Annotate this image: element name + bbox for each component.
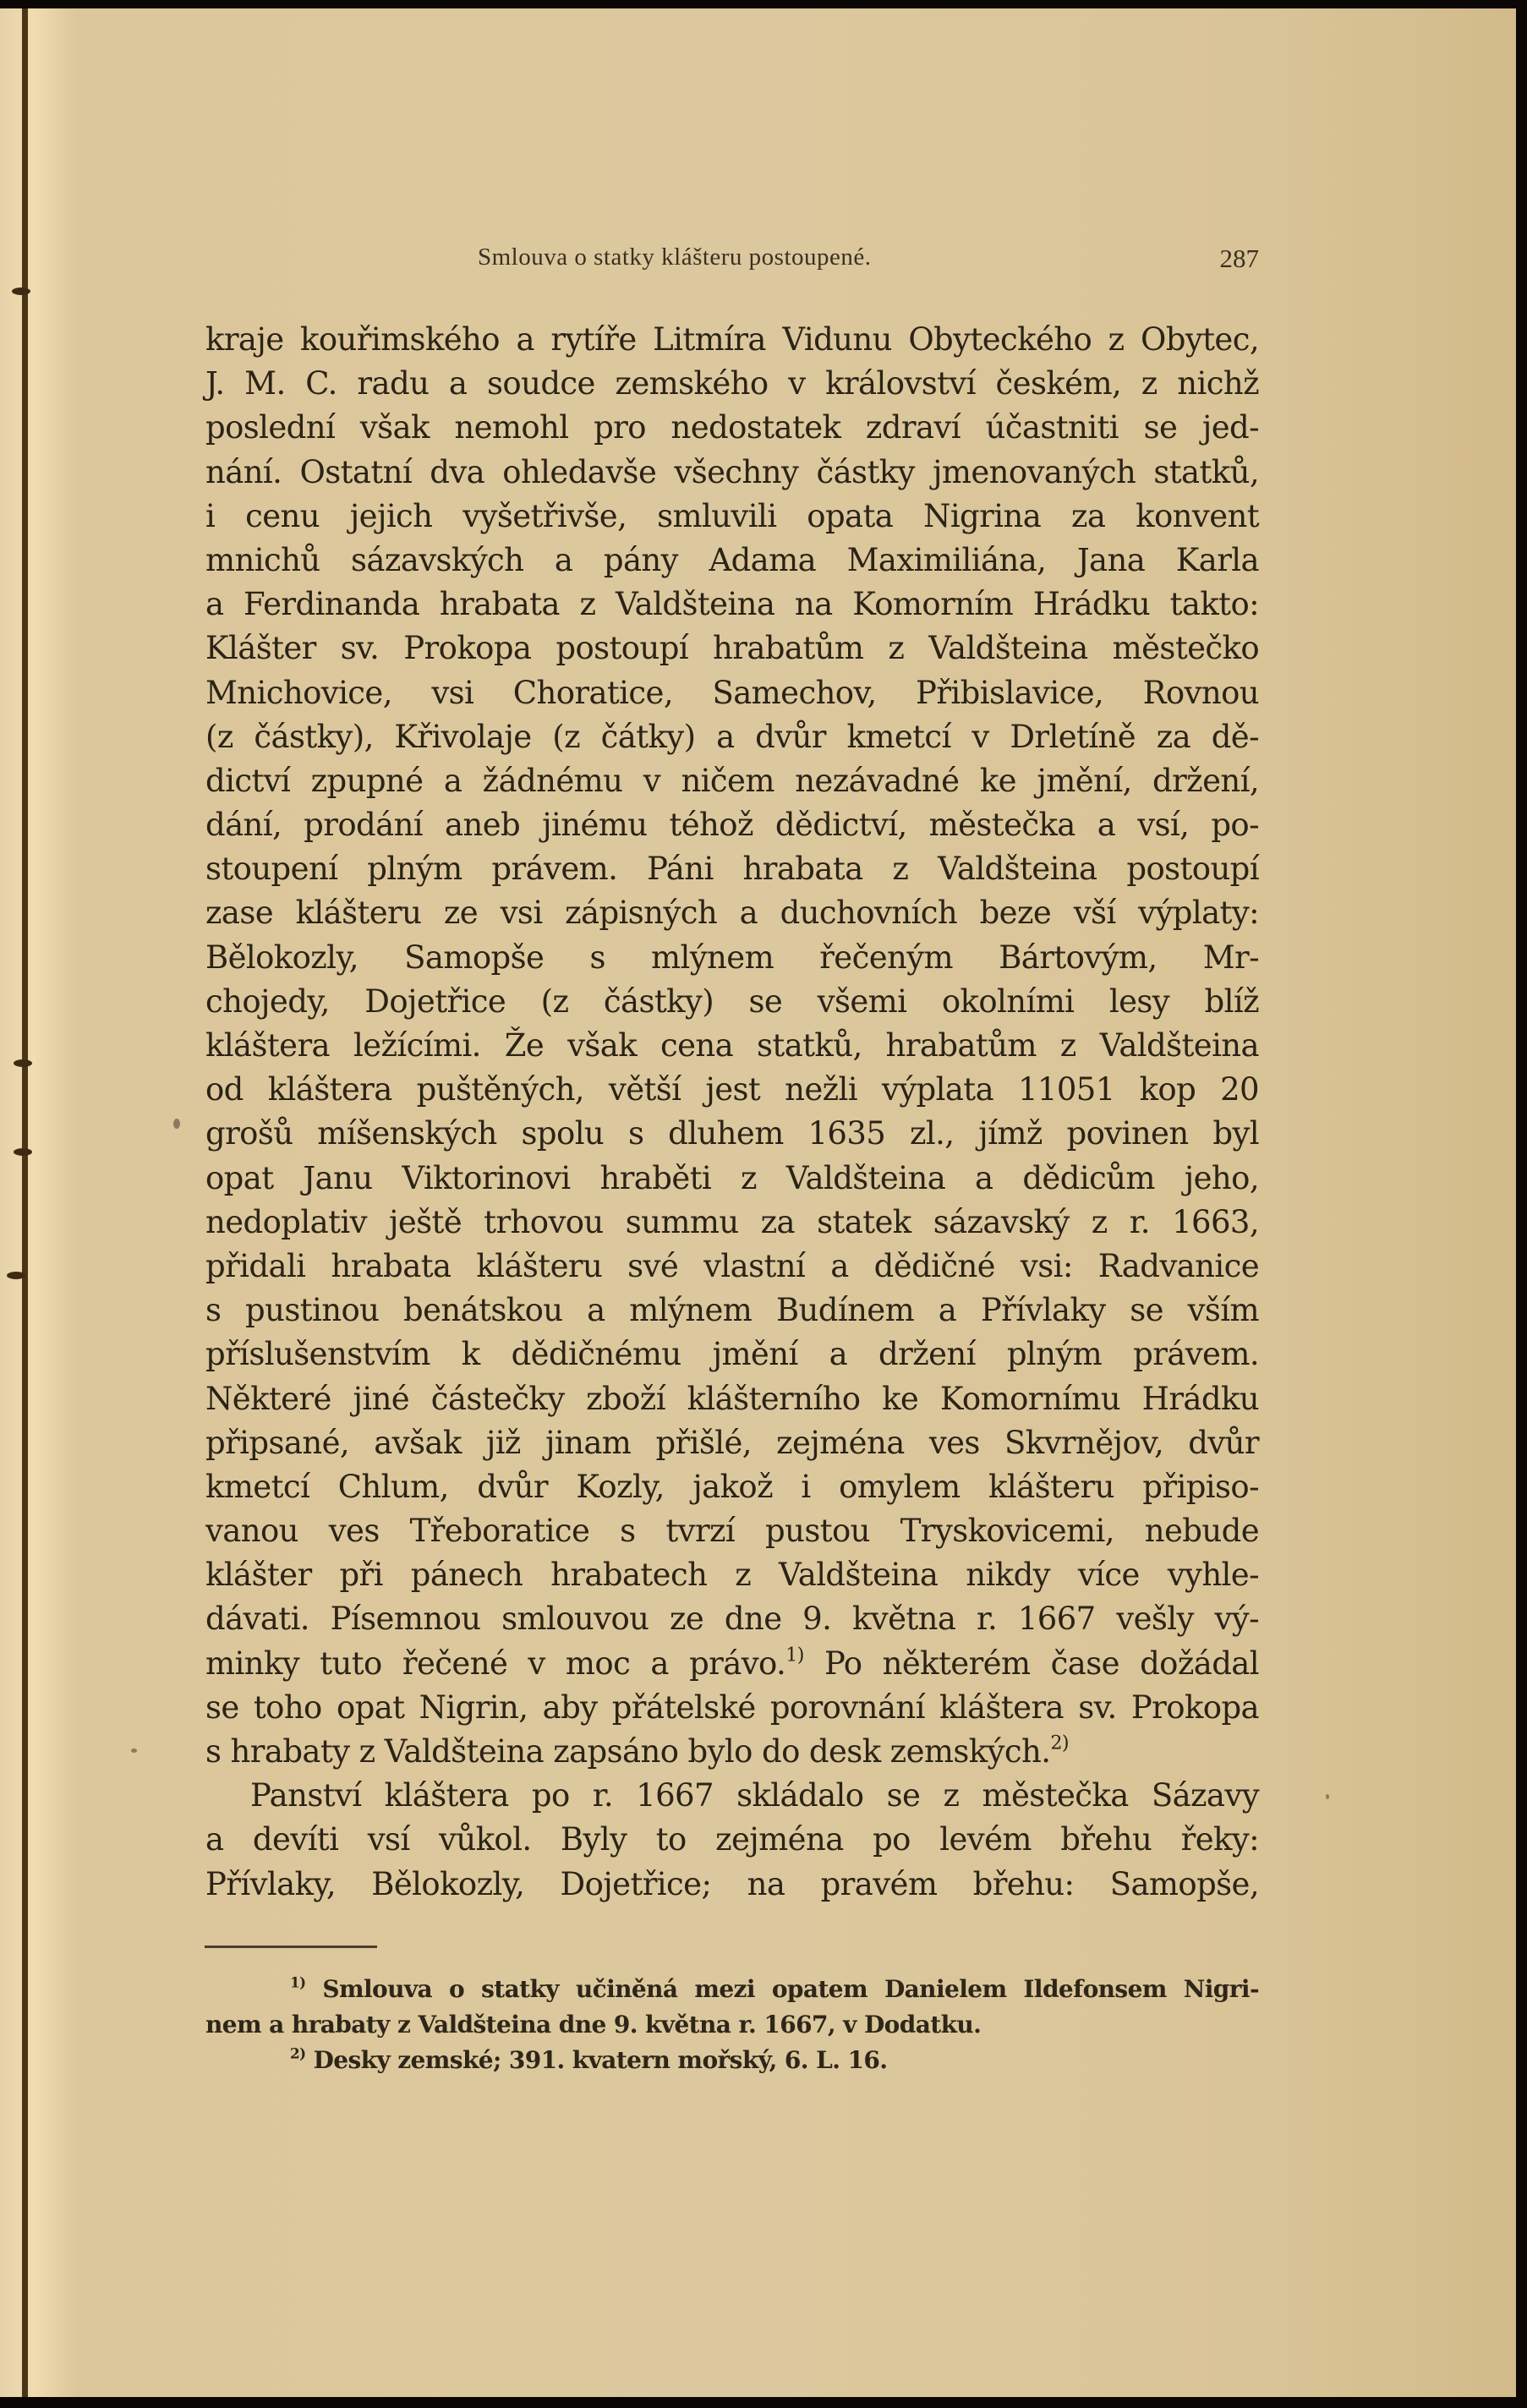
text-line: a devíti vsí vůkol. Byly to zejména po l…	[205, 1818, 1259, 1862]
body-text: kraje kouřimského a rytíře Litmíra Vidun…	[205, 318, 1259, 1907]
text-line: chojedy, Dojetřice (z částky) se všemi o…	[205, 980, 1259, 1024]
paper-speck	[131, 1749, 137, 1753]
text-line: i cenu jejich vyšetřivše, smluvili opata…	[205, 495, 1259, 539]
text-line: dictví zpupné a žádnému v ničem nezávadn…	[205, 759, 1259, 803]
text-line: Bělokozly, Samopše s mlýnem řečeným Bárt…	[205, 936, 1259, 980]
binding-mark	[12, 287, 30, 295]
text-line: grošů míšenských spolu s dluhem 1635 zl.…	[205, 1112, 1259, 1156]
text-line: Mnichovice, vsi Choratice, Samechov, Při…	[205, 671, 1259, 715]
text-line: nání. Ostatní dva ohledavše všechny část…	[205, 451, 1259, 495]
book-page: Smlouva o statky klášteru postoupené. 28…	[0, 8, 1516, 2397]
paper-speck	[173, 1119, 180, 1129]
footnote-2: 2) Desky zemské; 391. kvatern mořský, 6.…	[205, 2043, 1259, 2078]
footnote-text: Smlouva o statky učiněná mezi opatem Dan…	[322, 1975, 1259, 2003]
text-line: Některé jiné částečky zboží klášterního …	[205, 1377, 1259, 1421]
running-title: Smlouva o statky klášteru postoupené.	[478, 244, 872, 271]
text-line: mnichů sázavských a pány Adama Maximiliá…	[205, 539, 1259, 583]
text-segment: Po některém čase dožádal	[824, 1645, 1259, 1682]
text-line: Klášter sv. Prokopa postoupí hrabatům z …	[205, 627, 1259, 670]
running-header: Smlouva o statky klášteru postoupené. 28…	[207, 244, 1259, 277]
text-line: s hrabaty z Valdšteina zapsáno bylo do d…	[205, 1730, 1259, 1774]
paper-speck	[1326, 1794, 1329, 1799]
text-line: opat Janu Viktorinovi hraběti z Valdštei…	[205, 1157, 1259, 1201]
text-line: kraje kouřimského a rytíře Litmíra Vidun…	[205, 318, 1259, 362]
text-segment: minky tuto řečené v moc a právo.	[205, 1645, 785, 1682]
footnote-mark: 2)	[290, 2044, 305, 2061]
binding-mark	[14, 1148, 32, 1156]
footnote-ref-2[interactable]: 2)	[1050, 1732, 1069, 1754]
text-line: kmetcí Chlum, dvůr Kozly, jakož i omylem…	[205, 1465, 1259, 1509]
footnote-1-continued: nem a hrabaty z Valdšteina dne 9. května…	[205, 2007, 1259, 2043]
text-line: příslušenstvím k dědičnému jmění a držen…	[205, 1333, 1259, 1376]
footnotes: 1) Smlouva o statky učiněná mezi opatem …	[205, 1972, 1259, 2078]
footnote-separator	[205, 1946, 377, 1948]
text-line: nedoplativ ještě trhovou summu za statek…	[205, 1201, 1259, 1245]
text-line: od kláštera puštěných, větší jest nežli …	[205, 1068, 1259, 1112]
text-line: vanou ves Třeboratice s tvrzí pustou Try…	[205, 1509, 1259, 1553]
text-line: kláštera ležícími. Že však cena statků, …	[205, 1024, 1259, 1068]
footnote-1: 1) Smlouva o statky učiněná mezi opatem …	[205, 1972, 1259, 2007]
text-line: dávati. Písemnou smlouvou ze dne 9. květ…	[205, 1597, 1259, 1641]
text-line: minky tuto řečené v moc a právo.1) Po ně…	[205, 1642, 1259, 1686]
binding-mark	[14, 1059, 32, 1067]
text-line: zase klášteru ze vsi zápisných a duchovn…	[205, 891, 1259, 935]
footnote-ref-1[interactable]: 1)	[785, 1644, 804, 1666]
text-line: J. M. C. radu a soudce zemského v králov…	[205, 362, 1259, 406]
text-line: dání, prodání aneb jinému téhož dědictví…	[205, 803, 1259, 847]
paragraph-start-line: Panství kláštera po r. 1667 skládalo se …	[205, 1774, 1259, 1818]
text-line: připsané, avšak již jinam přišlé, zejmén…	[205, 1421, 1259, 1465]
text-line: klášter při pánech hrabatech z Valdštein…	[205, 1553, 1259, 1597]
page-number: 287	[1220, 244, 1260, 274]
footnote-mark: 1)	[290, 1973, 305, 1990]
text-line: se toho opat Nigrin, aby přátelské porov…	[205, 1686, 1259, 1730]
text-line: Přívlaky, Bělokozly, Dojetřice; na pravé…	[205, 1863, 1259, 1907]
text-line: stoupení plným právem. Páni hrabata z Va…	[205, 847, 1259, 891]
text-line: a Ferdinanda hrabata z Valdšteina na Kom…	[205, 583, 1259, 627]
text-line: (z částky), Křivolaje (z čátky) a dvůr k…	[205, 715, 1259, 759]
text-line: s pustinou benátskou a mlýnem Budínem a …	[205, 1289, 1259, 1333]
text-segment: s hrabaty z Valdšteina zapsáno bylo do d…	[205, 1733, 1050, 1770]
footnote-text: Desky zemské; 391. kvatern mořský, 6. L.…	[314, 2046, 888, 2074]
binding-mark	[7, 1272, 25, 1279]
binding-edge	[22, 8, 28, 2397]
text-line: poslední však nemohl pro nedostatek zdra…	[205, 406, 1259, 450]
text-line: přidali hrabata klášteru své vlastní a d…	[205, 1245, 1259, 1289]
